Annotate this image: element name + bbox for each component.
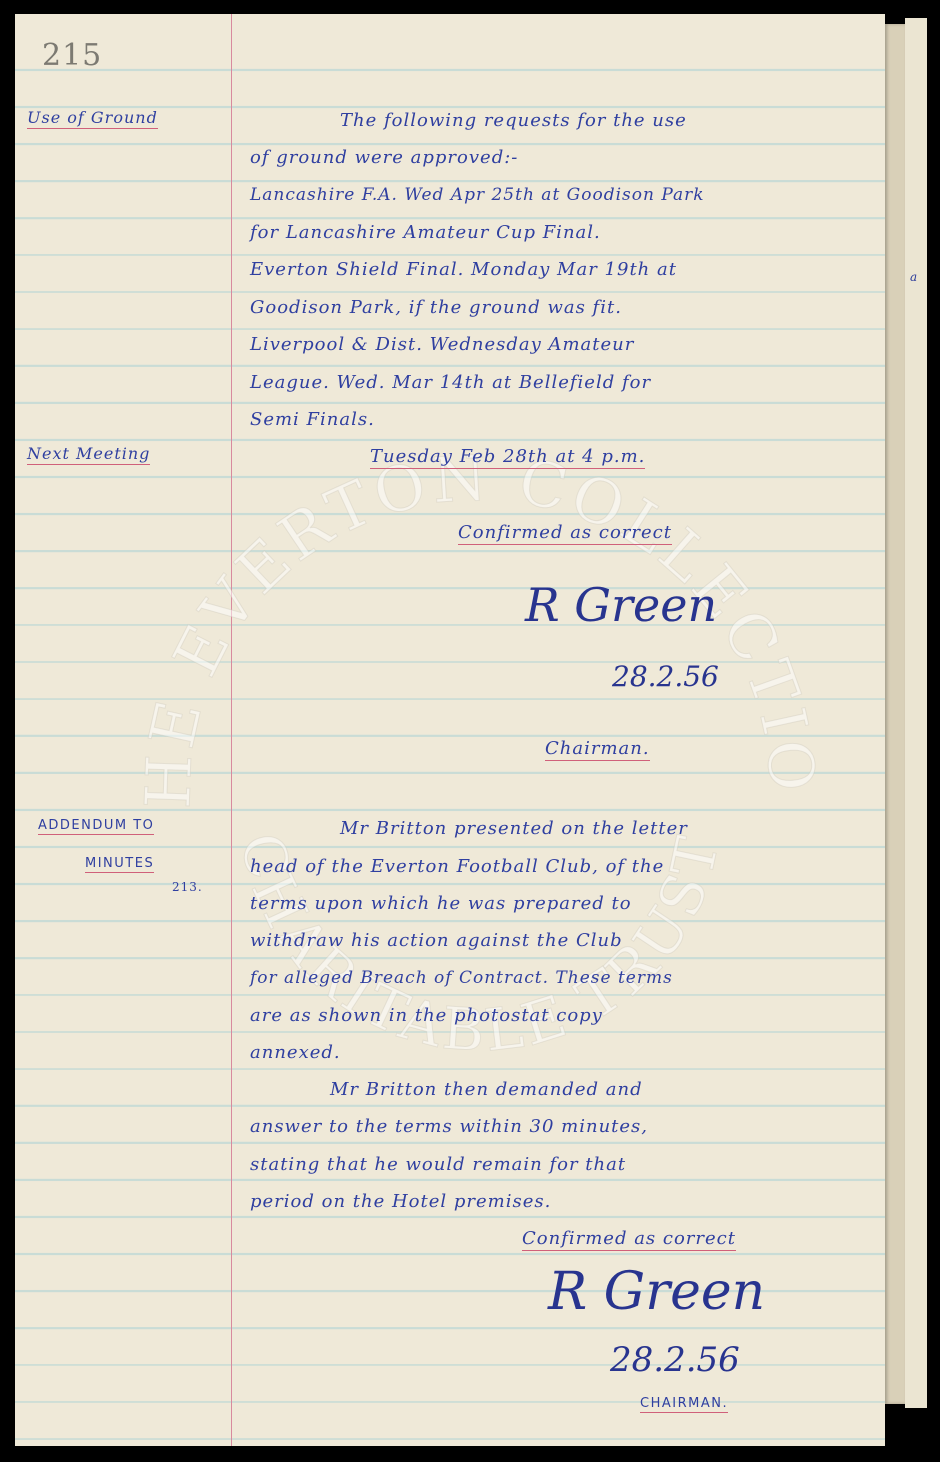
body-line: for alleged Breach of Contract. These te… bbox=[250, 968, 673, 988]
body-line: terms upon which he was prepared to bbox=[250, 893, 632, 914]
body-line: head of the Everton Football Club, of th… bbox=[250, 856, 664, 877]
body-line: withdraw his action against the Club bbox=[250, 930, 623, 951]
body-line: Goodison Park, if the ground was fit. bbox=[250, 297, 622, 318]
body-line: period on the Hotel premises. bbox=[250, 1191, 551, 1212]
margin-rule bbox=[231, 14, 232, 1446]
page-fore-edge bbox=[885, 24, 905, 1404]
body-line: Everton Shield Final. Monday Mar 19th at bbox=[250, 259, 677, 280]
body-line: Mr Britton presented on the letter bbox=[340, 818, 688, 839]
body-line: Mr Britton then demanded and bbox=[330, 1079, 643, 1100]
body-line: The following requests for the use bbox=[340, 110, 687, 131]
page-number: 215 bbox=[42, 38, 102, 73]
body-line: League. Wed. Mar 14th at Bellefield for bbox=[250, 372, 651, 393]
signature-date-2: 28.2.56 bbox=[610, 1340, 740, 1380]
underlying-page-edge bbox=[905, 18, 927, 1408]
chairman-title-2: CHAIRMAN. bbox=[640, 1396, 728, 1413]
margin-heading-minutes: MINUTES bbox=[85, 856, 154, 873]
minute-reference: 213. bbox=[172, 880, 203, 894]
margin-heading-addendum: ADDENDUM TO bbox=[38, 818, 154, 835]
signature-date-1: 28.2.56 bbox=[612, 660, 719, 693]
body-line: Semi Finals. bbox=[250, 409, 375, 430]
margin-heading-next-meeting: Next Meeting bbox=[27, 444, 150, 465]
body-line: annexed. bbox=[250, 1042, 341, 1063]
confirmed-as-correct-2: Confirmed as correct bbox=[522, 1228, 736, 1251]
body-line: stating that he would remain for that bbox=[250, 1154, 626, 1175]
body-line: for Lancashire Amateur Cup Final. bbox=[250, 222, 601, 243]
body-line: Liverpool & Dist. Wednesday Amateur bbox=[250, 334, 634, 355]
margin-heading-use-of-ground: Use of Ground bbox=[27, 108, 158, 129]
chairman-title-1: Chairman. bbox=[545, 738, 650, 761]
body-line: of ground were approved:- bbox=[250, 147, 518, 168]
body-line: answer to the terms within 30 minutes, bbox=[250, 1116, 648, 1137]
chairman-signature-1: R Green bbox=[525, 578, 717, 632]
body-line-text: The following requests for the use bbox=[340, 110, 687, 131]
body-line: Lancashire F.A. Wed Apr 25th at Goodison… bbox=[250, 185, 705, 205]
next-meeting-line: Tuesday Feb 28th at 4 p.m. bbox=[370, 446, 645, 469]
body-line: are as shown in the photostat copy bbox=[250, 1005, 603, 1026]
underlying-page-ink-mark: a bbox=[910, 270, 920, 282]
chairman-signature-2: R Green bbox=[548, 1262, 765, 1322]
confirmed-as-correct-1: Confirmed as correct bbox=[458, 522, 672, 545]
